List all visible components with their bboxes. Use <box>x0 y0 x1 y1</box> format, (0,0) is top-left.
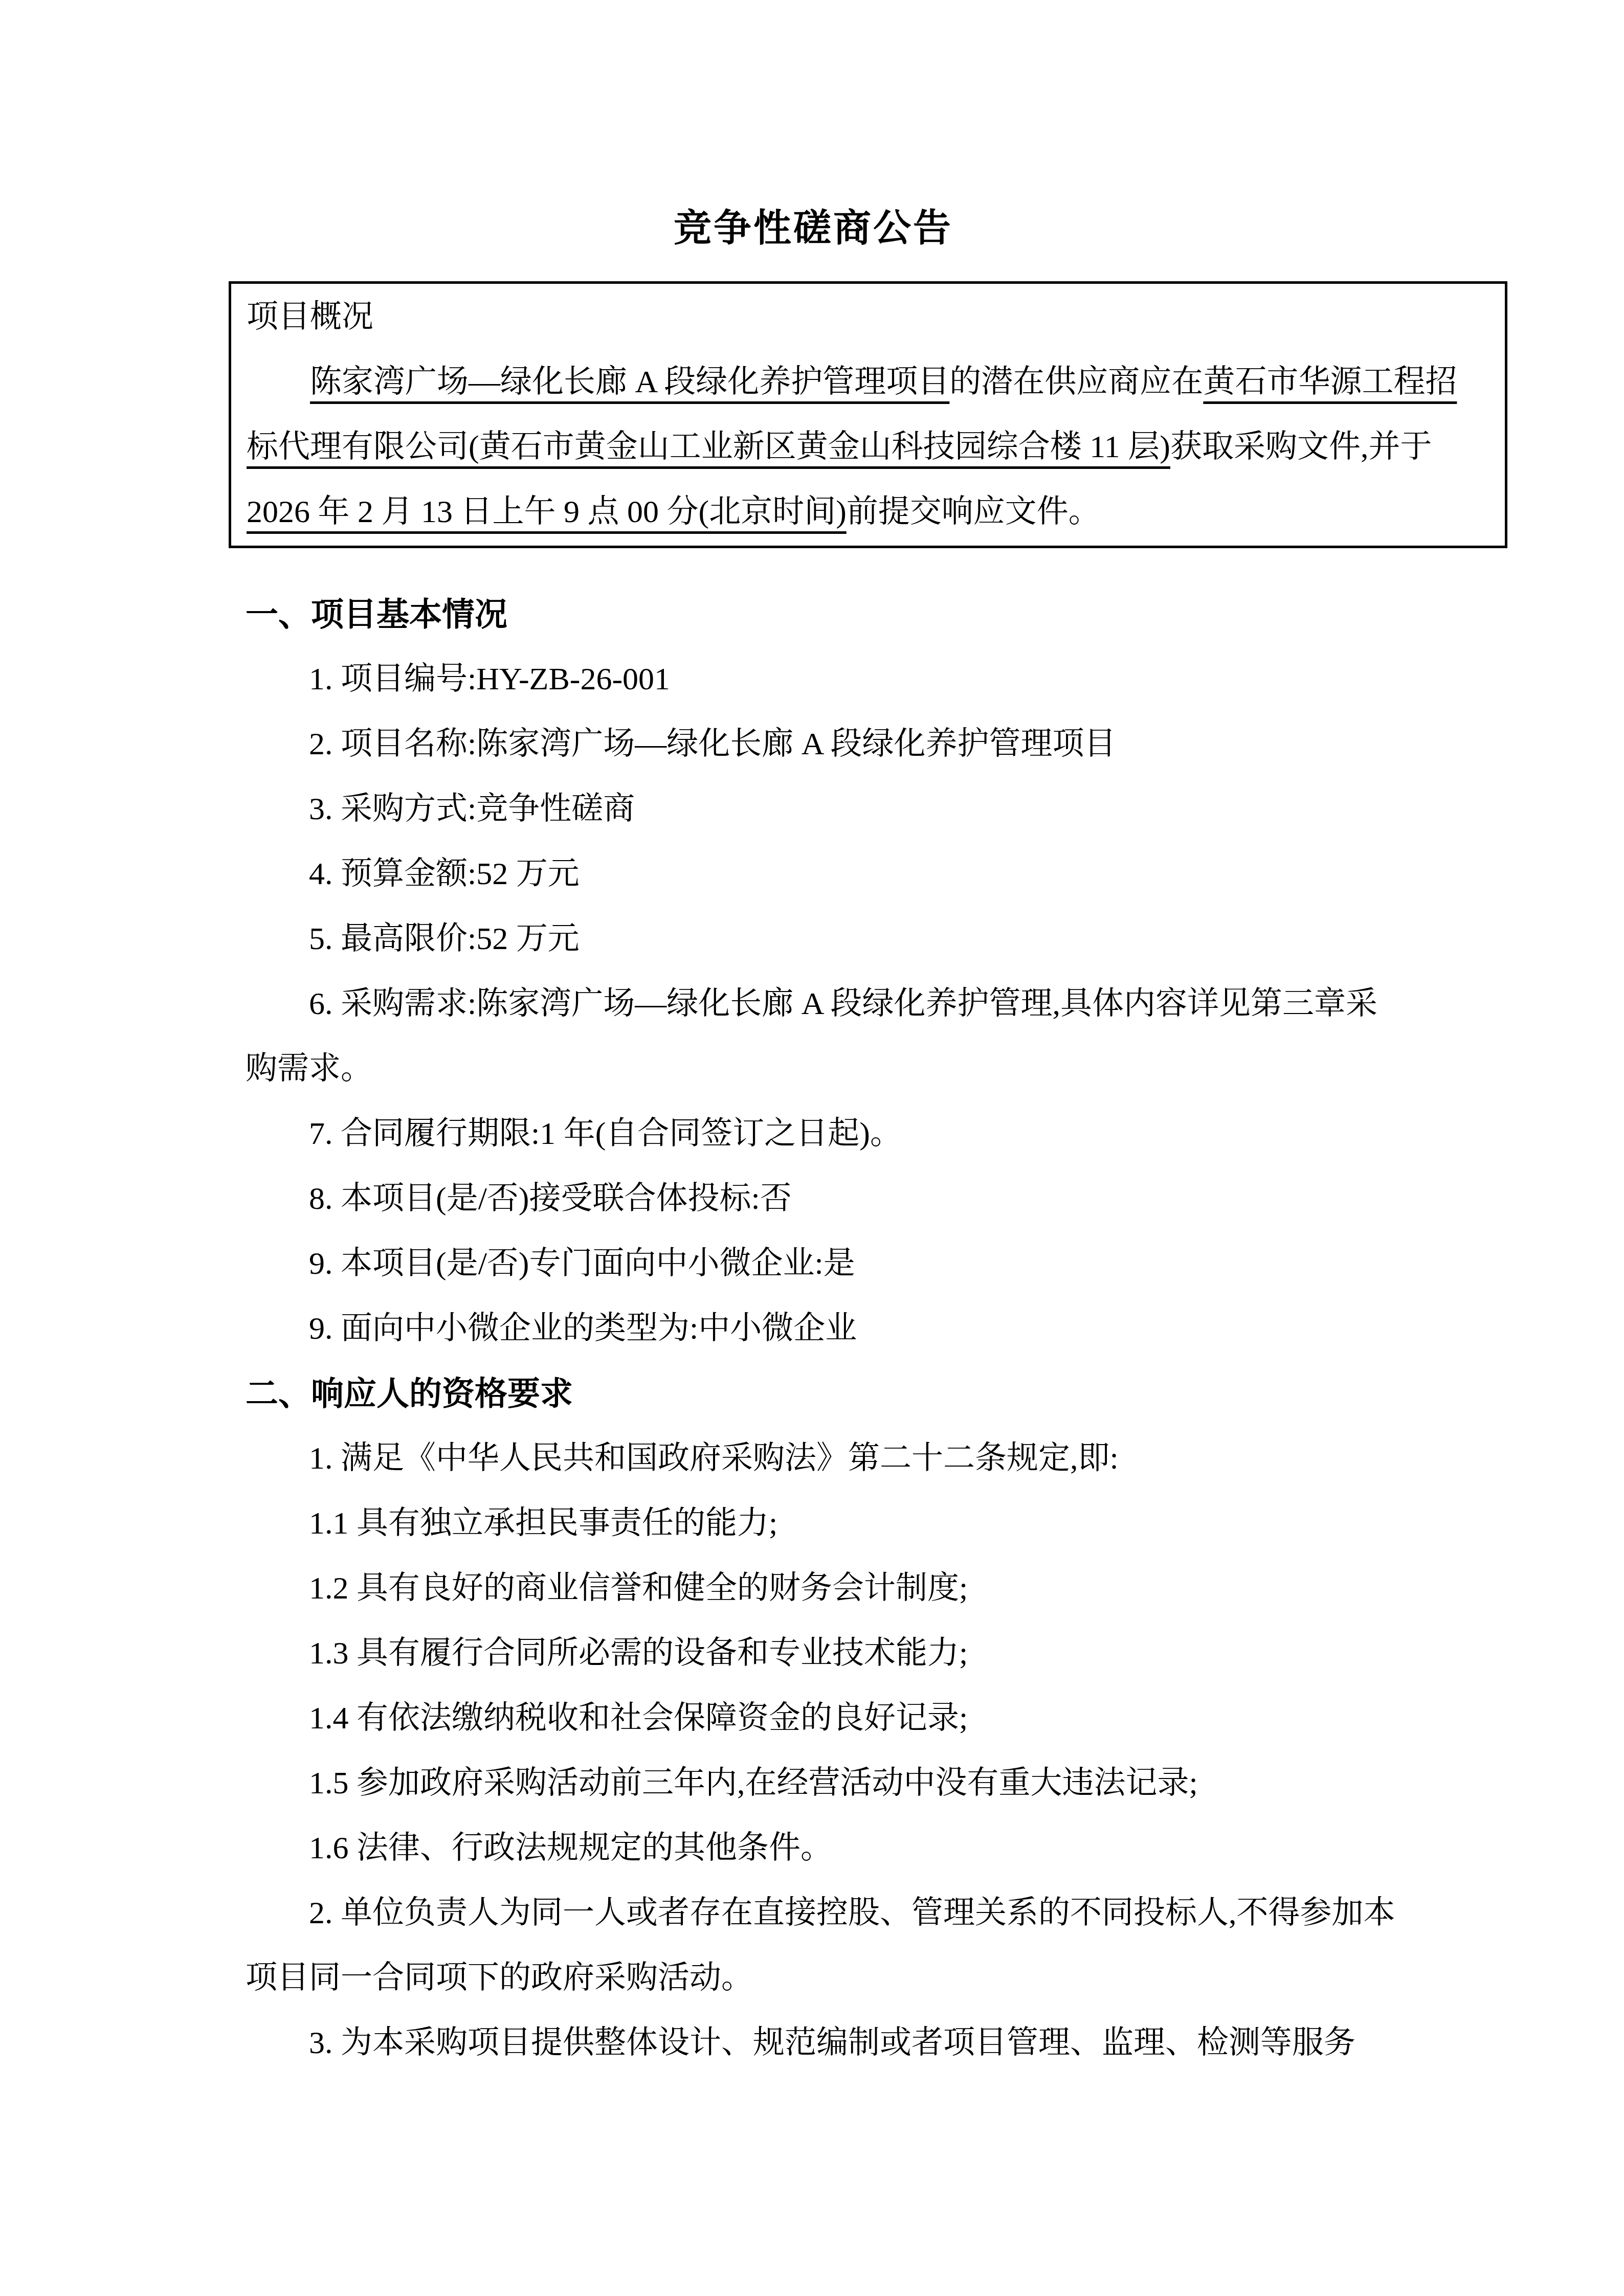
list-item: 2. 项目名称:陈家湾广场—绿化长廊 A 段绿化养护管理项目 <box>246 712 1396 777</box>
list-item: 1.5 参加政府采购活动前三年内,在经营活动中没有重大违法记录; <box>246 1751 1396 1816</box>
document-body: 一、项目基本情况1. 项目编号:HY-ZB-26-0012. 项目名称:陈家湾广… <box>246 582 1396 2076</box>
overview-heading: 项目概况 <box>247 285 1477 350</box>
text-run: 前提交响应文件。 <box>847 494 1100 529</box>
text-run: 的潜在供应商应在 <box>949 365 1203 399</box>
list-item: 9. 面向中小微企业的类型为:中小微企业 <box>246 1296 1396 1361</box>
list-item: 2. 单位负责人为同一人或者存在直接控股、管理关系的不同投标人,不得参加本项目同… <box>246 1881 1396 2011</box>
document-page: 竞争性磋商公告 项目概况 陈家湾广场—绿化长廊 A 段绿化养护管理项目的潜在供应… <box>0 0 1624 2296</box>
list-item: 8. 本项目(是/否)接受联合体投标:否 <box>246 1166 1396 1231</box>
text-run: 获取采购文件,并于 <box>1170 430 1432 464</box>
list-item: 5. 最高限价:52 万元 <box>246 907 1396 972</box>
underlined-text-run: 2026 年 2 月 13 日上午 9 点 00 分(北京时间) <box>247 494 847 529</box>
list-item: 1. 满足《中华人民共和国政府采购法》第二十二条规定,即: <box>246 1426 1396 1491</box>
section-heading: 二、响应人的资格要求 <box>246 1361 1396 1426</box>
list-item: 1.6 法律、行政法规规定的其他条件。 <box>246 1816 1396 1881</box>
list-item: 1.2 具有良好的商业信誉和健全的财务会计制度; <box>246 1556 1396 1621</box>
list-item: 7. 合同履行期限:1 年(自合同签订之日起)。 <box>246 1101 1396 1166</box>
list-item: 1.3 具有履行合同所必需的设备和专业技术能力; <box>246 1621 1396 1686</box>
list-item: 6. 采购需求:陈家湾广场—绿化长廊 A 段绿化养护管理,具体内容详见第三章采购… <box>246 972 1396 1101</box>
list-item: 1.1 具有独立承担民事责任的能力; <box>246 1491 1396 1556</box>
document-title: 竞争性磋商公告 <box>246 199 1381 258</box>
underlined-text-run: 陈家湾广场—绿化长廊 A 段绿化养护管理项目 <box>310 365 949 399</box>
list-item: 3. 为本采购项目提供整体设计、规范编制或者项目管理、监理、检测等服务 <box>246 2011 1396 2076</box>
list-item: 9. 本项目(是/否)专门面向中小微企业:是 <box>246 1231 1396 1296</box>
list-item: 3. 采购方式:竞争性磋商 <box>246 777 1396 842</box>
section-heading: 一、项目基本情况 <box>246 582 1396 647</box>
list-item: 1.4 有依法缴纳税收和社会保障资金的良好记录; <box>246 1686 1396 1751</box>
list-item: 1. 项目编号:HY-ZB-26-001 <box>246 647 1396 712</box>
overview-paragraph: 陈家湾广场—绿化长廊 A 段绿化养护管理项目的潜在供应商应在黄石市华源工程招标代… <box>247 350 1477 545</box>
project-overview-box: 项目概况 陈家湾广场—绿化长廊 A 段绿化养护管理项目的潜在供应商应在黄石市华源… <box>229 281 1507 548</box>
list-item: 4. 预算金额:52 万元 <box>246 842 1396 907</box>
